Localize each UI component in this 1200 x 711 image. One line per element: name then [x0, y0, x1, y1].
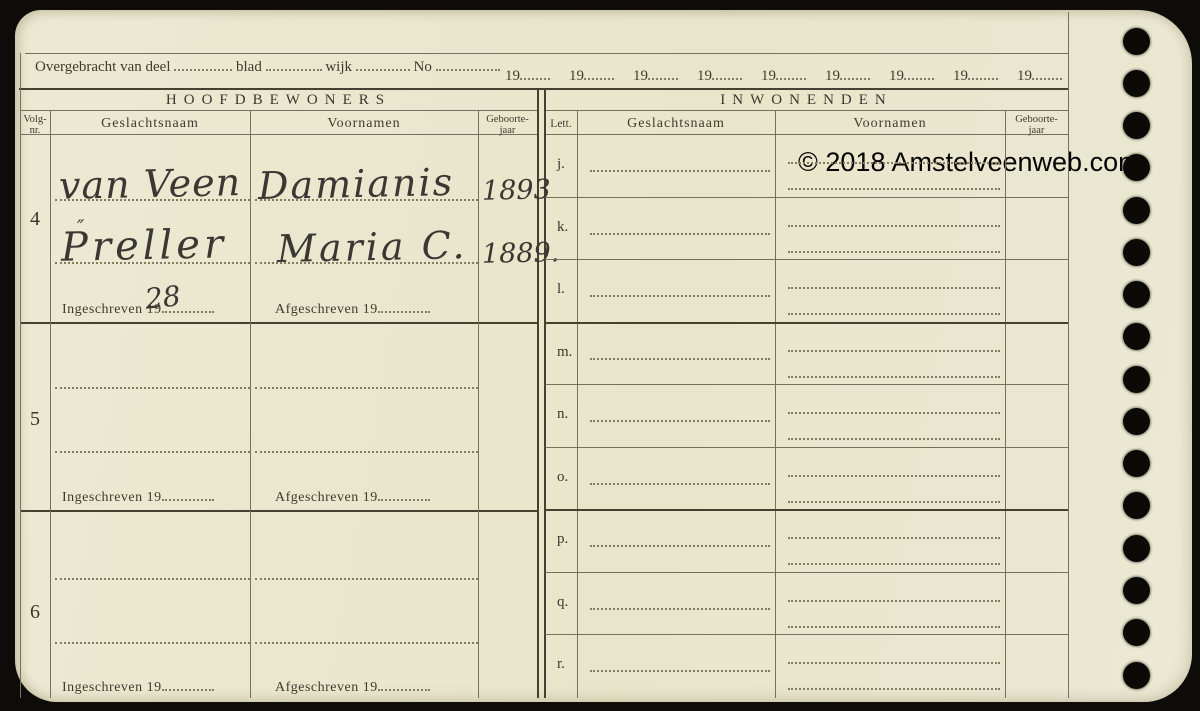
row-letter: o.: [557, 469, 568, 486]
header-birthyear-left: Geboorte- jaar: [478, 114, 537, 136]
row6-afgeschreven: Afgeschreven 19: [275, 677, 430, 696]
binder-hole-8: [1123, 323, 1150, 350]
inwonenden-row-n: n.: [545, 384, 1068, 448]
header-birthyear-right-top: Geboorte-: [1005, 114, 1068, 125]
row5-ingeschreven-label: Ingeschreven 19: [62, 490, 162, 505]
row4-surname-1: van Veen: [59, 160, 242, 208]
firstnames-writeline-1: [788, 287, 1000, 289]
row-letter: m.: [557, 344, 572, 361]
year-cell-leader: [776, 66, 806, 80]
header-volgnr: Volg- nr.: [20, 114, 50, 136]
surname-writeline: [590, 233, 770, 235]
binder-hole-12: [1123, 492, 1150, 519]
row5-number: 5: [22, 408, 48, 431]
inwonenden-row-q: q.: [545, 572, 1068, 636]
inwonenden-row-r: r.: [545, 634, 1068, 697]
surname-writeline: [590, 170, 770, 172]
year-cell-label: 19: [505, 68, 520, 84]
year-cell-8: 19: [953, 66, 998, 90]
header-volgnr-bottom: nr.: [20, 125, 50, 136]
surname-writeline: [590, 608, 770, 610]
inwonenden-row-k: k.: [545, 197, 1068, 261]
year-cell-leader: [520, 66, 550, 80]
rule-volgnr: [50, 110, 51, 698]
header-birthyear-left-bottom: jaar: [478, 125, 537, 136]
year-cell-7: 19: [889, 66, 934, 90]
rule-row5-bottom: [20, 510, 537, 512]
header-surname-left: Geslachtsnaam: [50, 116, 250, 132]
binder-hole-16: [1123, 662, 1150, 689]
surname-writeline: [590, 483, 770, 485]
rule-title-left: [20, 110, 537, 111]
firstnames-writeline-2: [788, 688, 1000, 690]
header-birthyear-left-top: Geboorte-: [478, 114, 537, 125]
row4-number: 4: [22, 208, 48, 231]
row4-afgeschreven-leader: [378, 299, 430, 313]
rule-title-right: [545, 110, 1068, 111]
row5-ingeschreven: Ingeschreven 19: [62, 487, 214, 506]
year-cell-1: 19: [505, 66, 550, 90]
firstnames-writeline-1: [788, 662, 1000, 664]
binder-hole-9: [1123, 366, 1150, 393]
year-cell-label: 19: [953, 68, 968, 84]
row4-ingeschreven-year: 28: [143, 279, 182, 316]
row4-ingeschreven: Ingeschreven 19: [62, 299, 214, 318]
row5-writeline-1b: [255, 387, 478, 389]
section-title-inwonenden: INWONENDEN: [545, 92, 1068, 109]
binder-hole-6: [1123, 239, 1150, 266]
binder-hole-10: [1123, 408, 1150, 435]
year-cell-label: 19: [569, 68, 584, 84]
firstnames-writeline-1: [788, 225, 1000, 227]
firstnames-writeline-1: [788, 600, 1000, 602]
firstnames-writeline-1: [788, 162, 1000, 164]
firstnames-writeline-1: [788, 412, 1000, 414]
year-cell-label: 19: [761, 68, 776, 84]
binder-hole-13: [1123, 535, 1150, 562]
row6-ingeschreven-label: Ingeschreven 19: [62, 680, 162, 695]
year-cell-label: 19: [825, 68, 840, 84]
row4-surname-2: Preller: [61, 221, 228, 270]
row-letter: n.: [557, 406, 568, 423]
section-title-hoofdbewoners: HOOFDBEWONERS: [20, 92, 537, 109]
inwonenden-row-l: l.: [545, 259, 1068, 324]
inwonenden-row-o: o.: [545, 447, 1068, 512]
register-card: © 2018 Amstelveenweb.com Overgebracht va…: [15, 10, 1192, 702]
binder-hole-4: [1123, 154, 1150, 181]
binder-hole-2: [1123, 70, 1150, 97]
row-letter: j.: [557, 156, 565, 173]
row-letter: p.: [557, 531, 568, 548]
binder-hole-3: [1123, 112, 1150, 139]
row4-afgeschreven-label: Afgeschreven 19: [275, 302, 378, 317]
year-cell-label: 19: [633, 68, 648, 84]
year-cell-leader: [1032, 66, 1062, 80]
firstnames-writeline-2: [788, 501, 1000, 503]
row6-afgeschreven-label: Afgeschreven 19: [275, 680, 378, 695]
year-cell-leader: [968, 66, 998, 80]
firstnames-writeline-2: [788, 563, 1000, 565]
header-birthyear-right: Geboorte- jaar: [1005, 114, 1068, 136]
surname-writeline: [590, 545, 770, 547]
row5-ingeschreven-leader: [162, 487, 214, 501]
year-cell-2: 19: [569, 66, 614, 90]
year-cell-4: 19: [697, 66, 742, 90]
firstnames-writeline-1: [788, 537, 1000, 539]
year-cell-leader: [648, 66, 678, 80]
row5-afgeschreven-label: Afgeschreven 19: [275, 490, 378, 505]
transfer-label-blad: blad: [236, 59, 262, 75]
rule-surname-left: [250, 110, 251, 698]
row4-afgeschreven: Afgeschreven 19: [275, 299, 430, 318]
header-lett: Lett.: [545, 119, 577, 130]
year-cell-leader: [712, 66, 742, 80]
firstnames-writeline-2: [788, 376, 1000, 378]
header-volgnr-top: Volg-: [20, 114, 50, 125]
transfer-label-no: No: [414, 59, 432, 75]
firstnames-writeline-2: [788, 626, 1000, 628]
year-cell-leader: [840, 66, 870, 80]
row6-ingeschreven-leader: [162, 677, 214, 691]
row5-afgeschreven: Afgeschreven 19: [275, 487, 430, 506]
surname-writeline: [590, 358, 770, 360]
rule-header-left: [20, 134, 537, 135]
surname-writeline: [590, 420, 770, 422]
inwonenden-row-p: p.: [545, 509, 1068, 573]
header-firstnames-right: Voornamen: [775, 116, 1005, 132]
year-cell-3: 19: [633, 66, 678, 90]
inwonenden-row-j: j.: [545, 134, 1068, 198]
transfer-leader-blad: [266, 57, 322, 71]
row-letter: l.: [557, 281, 565, 298]
row6-writeline-2b: [255, 642, 478, 644]
row6-number: 6: [22, 601, 48, 624]
transfer-label: Overgebracht van deel: [35, 59, 171, 75]
surname-writeline: [590, 295, 770, 297]
year-cell-9: 19: [1017, 66, 1062, 90]
row6-writeline-1b: [255, 578, 478, 580]
rule-right-border: [1068, 12, 1069, 698]
transfer-row: Overgebracht van deel blad wijk No: [35, 57, 490, 76]
inwonenden-row-m: m.: [545, 322, 1068, 386]
header-surname-right: Geslachtsnaam: [577, 116, 775, 132]
firstnames-writeline-1: [788, 350, 1000, 352]
binder-hole-7: [1123, 281, 1150, 308]
row5-writeline-2a: [55, 451, 250, 453]
row6-writeline-2a: [55, 642, 250, 644]
year-cell-leader: [904, 66, 934, 80]
binder-hole-14: [1123, 577, 1150, 604]
firstnames-writeline-1: [788, 475, 1000, 477]
row4-year-1: 1893: [482, 174, 551, 206]
firstnames-writeline-2: [788, 313, 1000, 315]
scanned-register-card-page: © 2018 Amstelveenweb.com Overgebracht va…: [0, 0, 1200, 711]
rule-year-left: [478, 110, 479, 698]
row-letter: q.: [557, 594, 568, 611]
transfer-leader-no: [436, 57, 500, 71]
header-firstnames-left: Voornamen: [250, 116, 478, 132]
row6-writeline-1a: [55, 578, 250, 580]
year-cell-label: 19: [889, 68, 904, 84]
rule-row4-bottom: [20, 322, 537, 324]
rule-top: [25, 53, 1068, 54]
transfer-leader-wijk: [356, 57, 410, 71]
row5-afgeschreven-leader: [378, 487, 430, 501]
row5-writeline-2b: [255, 451, 478, 453]
transfer-label-wijk: wijk: [325, 59, 352, 75]
binder-hole-1: [1123, 28, 1150, 55]
row5-writeline-1a: [55, 387, 250, 389]
year-cell-label: 19: [1017, 68, 1032, 84]
row-letter: r.: [557, 656, 565, 673]
year-cell-label: 19: [697, 68, 712, 84]
year-cell-6: 19: [825, 66, 870, 90]
row4-firstnames-1: Damianis: [258, 160, 455, 208]
firstnames-writeline-2: [788, 438, 1000, 440]
rule-left-border: [20, 53, 21, 698]
year-cell-5: 19: [761, 66, 806, 90]
binder-hole-11: [1123, 450, 1150, 477]
year-cell-leader: [584, 66, 614, 80]
row6-afgeschreven-leader: [378, 677, 430, 691]
firstnames-writeline-2: [788, 188, 1000, 190]
row6-ingeschreven: Ingeschreven 19: [62, 677, 214, 696]
firstnames-writeline-2: [788, 251, 1000, 253]
transfer-leader-deel: [174, 57, 232, 71]
row-letter: k.: [557, 219, 568, 236]
surname-writeline: [590, 670, 770, 672]
binder-hole-5: [1123, 197, 1150, 224]
binder-hole-15: [1123, 619, 1150, 646]
row4-firstnames-2: Maria C.: [277, 223, 468, 271]
